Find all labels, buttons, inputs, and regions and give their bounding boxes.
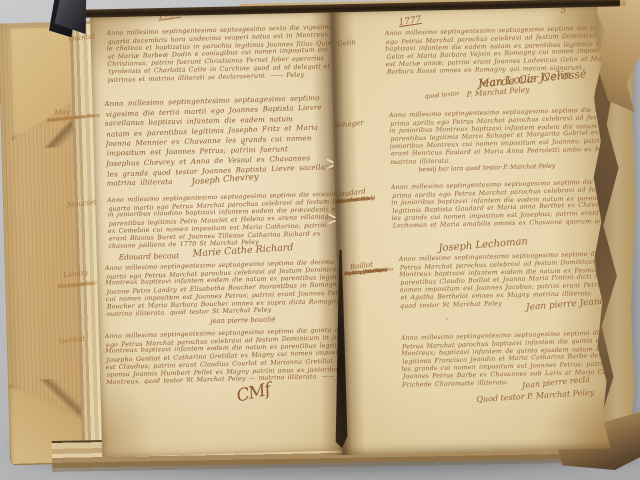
baptism-entry: May quatuordecima diejunii millesimosept… bbox=[104, 93, 324, 99]
baptism-entry: Anno millesimo septingentesimo septuages… bbox=[401, 330, 607, 335]
baptism-entry: Gaudard mortuus est dievigesima secundam… bbox=[391, 179, 597, 184]
attestation: quod testor bbox=[424, 90, 460, 100]
scan-background: 4 1777 Quintat Anno millesimo septingent… bbox=[0, 0, 640, 480]
right-page: 5 1777 Gelin Anno millesimo septingentes… bbox=[330, 4, 614, 456]
baptism-entry: Schager Anno millesimo septingentesimo s… bbox=[389, 107, 595, 112]
binder-clip bbox=[44, 0, 88, 40]
baptism-entry: Quintat Anno millesimo septingentesimo s… bbox=[106, 24, 314, 30]
signature-paraph: CMf bbox=[235, 380, 272, 407]
baptism-entry: Gentiat Anno millesimo septingentesimo s… bbox=[105, 327, 319, 333]
binding-stitch bbox=[327, 213, 338, 226]
signature: Joseph Lechoman bbox=[438, 236, 528, 254]
left-page: 4 1777 Quintat Anno millesimo septingent… bbox=[90, 10, 345, 458]
signature: jean pierre bouclié bbox=[210, 315, 275, 325]
right-year-heading: 1777 bbox=[398, 15, 422, 28]
binding-stitch bbox=[325, 158, 336, 171]
priest-signature: P. Marchat Peley bbox=[466, 85, 530, 99]
baptism-entry: Boillot aqua baptismatismortuus est died… bbox=[399, 251, 601, 256]
priest-signature: Quod testor P. Marchat Peley bbox=[476, 388, 594, 404]
signature: Edouard becaut bbox=[118, 251, 179, 262]
baptism-entry: Mauclet Anno millesimo septingentesimo s… bbox=[107, 191, 323, 197]
